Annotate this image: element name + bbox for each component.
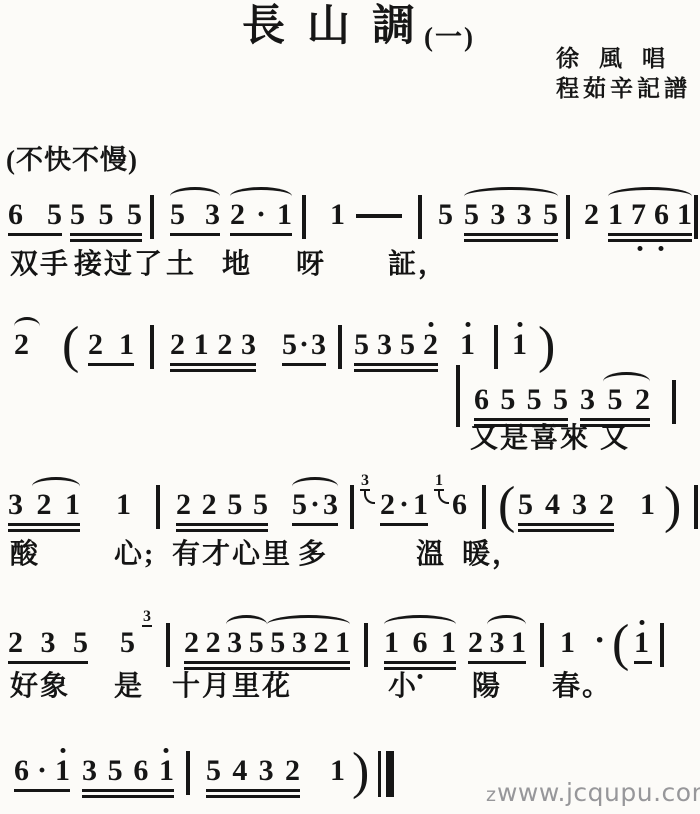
notes-row: 2·1 — [380, 490, 428, 520]
notes-row: 2 — [584, 200, 599, 230]
note: 3 — [241, 330, 256, 360]
lyric-segment: 土 — [166, 250, 196, 280]
notes-row: 22355321 — [184, 628, 350, 658]
notes-row: 1 — [330, 756, 345, 786]
sheet-music-page: 長山調 (一) 徐風唱 程茹辛記譜 (不快不慢) 65555532·115533… — [0, 0, 700, 814]
lyric-segment: 呀 — [296, 250, 326, 280]
notes-row: 5·3 — [282, 330, 326, 360]
note: 3 — [259, 756, 274, 786]
octave-dot-high — [465, 322, 470, 327]
note: 6 — [452, 490, 467, 520]
beam — [8, 529, 80, 532]
slur — [226, 615, 268, 626]
note: 5 — [282, 330, 297, 360]
note: · — [255, 200, 268, 230]
octave-dot-low — [418, 674, 423, 679]
note: 5 — [438, 200, 453, 230]
slur — [170, 187, 220, 198]
note: 2 — [584, 200, 599, 230]
note: 5 — [500, 385, 515, 415]
note: 3 — [572, 490, 587, 520]
notes-row: 5432 — [206, 756, 300, 786]
note-group: 1 — [116, 490, 131, 520]
note: 3 — [580, 385, 595, 415]
lyric-segment: 心; — [114, 540, 155, 570]
grace-note: 3 — [142, 608, 152, 627]
score-canvas: 65555532·115533521761双手接过了土地呀証，2(2121235… — [0, 0, 700, 814]
notes-row: 65 — [8, 200, 62, 230]
notes-row: 5·3 — [292, 490, 338, 520]
note-group: 1 — [512, 330, 527, 360]
note: 1 — [384, 628, 399, 658]
slur — [292, 477, 338, 488]
beam — [292, 523, 338, 526]
beam — [282, 363, 326, 366]
note: 1 — [413, 490, 428, 520]
grace-slur-hook — [438, 491, 449, 504]
beam — [384, 661, 456, 664]
note-group: 5335 — [464, 200, 558, 242]
notes-row: 6·1 — [14, 756, 70, 786]
note: 1 — [511, 628, 526, 658]
note-group: 2·1 — [380, 490, 428, 526]
note: 2 — [230, 200, 245, 230]
lyric-segment: 是 — [114, 672, 144, 702]
beam — [518, 529, 614, 532]
beam — [464, 233, 558, 236]
beam — [380, 523, 428, 526]
beam — [474, 418, 568, 421]
barline — [364, 623, 368, 667]
barline — [456, 365, 460, 427]
note: 1 — [330, 756, 345, 786]
note-group: 231 — [468, 628, 526, 664]
notes-row: 2·1 — [230, 200, 292, 230]
barline — [150, 325, 154, 369]
beam — [184, 667, 350, 670]
note: 1 — [194, 330, 209, 360]
lyric-segment: 又是喜來 — [470, 424, 590, 454]
phrase-paren: ( — [612, 618, 629, 670]
note-group: 53 — [170, 200, 220, 236]
note-group: 2·1 — [230, 200, 292, 236]
beam — [8, 661, 88, 664]
note-group: 2255 — [176, 490, 268, 532]
note: 5 — [292, 490, 307, 520]
note-group: 2 — [14, 330, 40, 360]
beam — [464, 239, 558, 242]
note-group: 1761 — [608, 200, 692, 242]
slur — [487, 615, 526, 626]
note: · — [398, 490, 411, 520]
note: 3 — [205, 200, 220, 230]
lyric-segment: 陽 — [472, 672, 502, 702]
note: 2 — [176, 490, 191, 520]
lyric-segment: 十月里 — [172, 672, 262, 702]
note: · — [298, 330, 311, 360]
lyric-segment: 好象 — [10, 672, 70, 702]
notes-row: 53 — [170, 200, 220, 230]
note-group: 5352 — [354, 330, 438, 372]
note: 2 — [170, 330, 185, 360]
note: 5 — [527, 385, 542, 415]
beam — [176, 529, 268, 532]
notes-row: 1761 — [608, 200, 692, 230]
notes-row: 5432 — [518, 490, 614, 520]
beam — [354, 363, 438, 366]
notes-row: 235 — [8, 628, 88, 658]
grace-note: 3 — [360, 472, 375, 504]
lyric-segment: 暖， — [462, 540, 522, 570]
note: 1 — [560, 628, 575, 658]
barline — [566, 195, 570, 239]
note: 6 — [14, 756, 29, 786]
note: 3 — [517, 200, 532, 230]
lyric-segment: 酸 — [10, 540, 40, 570]
note: 3 — [8, 490, 23, 520]
note-group: 5 — [120, 628, 135, 658]
watermark: z www.jcqupu.com — [486, 778, 700, 807]
beam — [8, 523, 80, 526]
note-group: 1 — [634, 628, 652, 664]
octave-dot-low — [637, 246, 642, 251]
beam — [608, 239, 692, 242]
note: 1 — [677, 200, 692, 230]
note-group: 1 — [560, 628, 575, 658]
phrase-paren: ) — [538, 320, 555, 372]
note: 5 — [70, 200, 85, 230]
note: 5 — [120, 628, 135, 658]
lyric-segment: 有才心里 — [172, 540, 292, 570]
note: 3 — [490, 200, 505, 230]
note: 2 — [184, 628, 199, 658]
beam — [70, 239, 142, 242]
barline — [166, 623, 170, 667]
note: · — [309, 490, 322, 520]
note: 1 — [608, 200, 623, 230]
note: 1 — [512, 330, 527, 360]
note: 5 — [518, 490, 533, 520]
beam — [634, 661, 652, 664]
note-group: 5·3 — [282, 330, 326, 366]
duration-dash — [356, 214, 402, 218]
note: 1 — [441, 628, 456, 658]
grace-note: 1 — [434, 472, 449, 504]
note: 2 — [285, 756, 300, 786]
note: 5 — [99, 200, 114, 230]
note: 5 — [227, 490, 242, 520]
octave-dot-low — [658, 246, 663, 251]
note: 2 — [313, 628, 328, 658]
note-group: 1 — [640, 490, 655, 520]
lyric-segment: 春。 — [552, 672, 612, 702]
note-group: 6 — [452, 490, 467, 520]
note: 2 — [217, 330, 232, 360]
note: 2 — [380, 490, 395, 520]
note: 5 — [400, 330, 415, 360]
note-group: 5 — [438, 200, 453, 230]
note: 3 — [227, 628, 242, 658]
beam — [384, 667, 456, 670]
phrase-paren: ( — [62, 320, 79, 372]
note: 3 — [377, 330, 392, 360]
slur — [230, 187, 292, 198]
octave-dot-high — [60, 748, 65, 753]
note-group: 5·3 — [292, 490, 338, 526]
note: 3 — [490, 628, 505, 658]
note: 1 — [116, 490, 131, 520]
note: 5 — [608, 385, 623, 415]
note: 1 — [335, 628, 350, 658]
note-group: 1 — [330, 756, 345, 786]
note: 7 — [631, 200, 646, 230]
beam — [608, 233, 692, 236]
notes-row: 3561 — [82, 756, 174, 786]
beam — [82, 789, 174, 792]
note-group: 6·1 — [14, 756, 70, 792]
beam — [580, 418, 650, 421]
beam — [230, 233, 292, 236]
beam — [170, 233, 220, 236]
notes-row: 352 — [580, 385, 650, 415]
notes-row: 1 — [512, 330, 527, 360]
note-group: 3561 — [82, 756, 174, 798]
notes-row: 1 — [560, 628, 575, 658]
note: 1 — [634, 628, 649, 658]
note: 1 — [460, 330, 475, 360]
note: 2 — [468, 628, 483, 658]
notes-row: 6 — [452, 490, 467, 520]
note: 6 — [413, 628, 428, 658]
note: 4 — [232, 756, 247, 786]
lyric-segment: 証， — [388, 250, 448, 280]
note: 3 — [292, 628, 307, 658]
notes-row: 2255 — [176, 490, 268, 520]
lyric-segment: 花 — [262, 672, 292, 702]
note: 1 — [640, 490, 655, 520]
barline — [660, 623, 664, 667]
barline — [150, 195, 154, 239]
notes-row: 1 — [460, 330, 475, 360]
barline — [350, 485, 354, 529]
note: 5 — [543, 200, 558, 230]
lyric-segment: 接过了 — [74, 250, 164, 280]
barline — [672, 380, 676, 424]
note: 5 — [354, 330, 369, 360]
phrase-paren: ) — [664, 480, 681, 532]
notes-row: 1 — [640, 490, 655, 520]
note-group: 2123 — [170, 330, 256, 372]
lyric-segment: 多 — [298, 540, 328, 570]
beam — [206, 789, 300, 792]
note-group: 161 — [384, 628, 456, 670]
note: 2 — [206, 628, 221, 658]
note: 1 — [159, 756, 174, 786]
note: 1 — [55, 756, 70, 786]
final-bar-thin — [378, 751, 381, 797]
note: 4 — [545, 490, 560, 520]
beam — [206, 795, 300, 798]
barline — [540, 623, 544, 667]
notes-row: 21 — [88, 330, 134, 360]
slur — [608, 187, 692, 198]
slur — [14, 317, 40, 328]
notes-row: 5 — [120, 628, 135, 658]
notes-row: 1 — [116, 490, 131, 520]
barline — [694, 195, 698, 239]
note: 5 — [270, 628, 285, 658]
notes-row: 6555 — [474, 385, 568, 415]
notes-row: 5 — [438, 200, 453, 230]
notes-row: 5352 — [354, 330, 438, 360]
notes-row: 231 — [468, 628, 526, 658]
barline — [302, 195, 306, 239]
grace-number: 3 — [142, 608, 152, 627]
note-group: 65 — [8, 200, 62, 236]
phrase-paren: ( — [498, 480, 515, 532]
beam — [176, 523, 268, 526]
grace-number: 1 — [434, 472, 444, 491]
note-group: 5432 — [206, 756, 300, 798]
beam — [518, 523, 614, 526]
note-group: 1 — [460, 330, 475, 360]
lyric-segment: 小 — [388, 672, 418, 702]
grace-slur-hook — [364, 491, 375, 504]
note: 3 — [323, 490, 338, 520]
watermark-url: www.jcqupu.com — [497, 778, 700, 807]
note: 5 — [170, 200, 185, 230]
note: 5 — [553, 385, 568, 415]
note: 2 — [635, 385, 650, 415]
note: 5 — [47, 200, 62, 230]
beam — [8, 233, 62, 236]
note-group: 22355321 — [184, 628, 350, 670]
note: 5 — [253, 490, 268, 520]
barline — [156, 485, 160, 529]
beam — [70, 233, 142, 236]
barline — [418, 195, 422, 239]
note-group: 21 — [88, 330, 134, 366]
note: 5 — [108, 756, 123, 786]
note-group: 321 — [8, 490, 80, 532]
lyric-segment: 地 — [222, 250, 252, 280]
note: 3 — [82, 756, 97, 786]
octave-dot-high — [517, 322, 522, 327]
notes-row: 2123 — [170, 330, 256, 360]
lyric-segment: 溫 — [416, 540, 446, 570]
note: 2 — [37, 490, 52, 520]
beam — [14, 789, 70, 792]
note: 2 — [14, 330, 29, 360]
note: 2 — [423, 330, 438, 360]
beam — [354, 369, 438, 372]
lyric-segment: 双手 — [10, 250, 70, 280]
note-group: 555 — [70, 200, 142, 242]
barline — [186, 751, 190, 795]
notes-row: 555 — [70, 200, 142, 230]
note: 5 — [206, 756, 221, 786]
note-group: 1 — [330, 200, 345, 230]
note: 6 — [8, 200, 23, 230]
note-group: 2 — [584, 200, 599, 230]
dot-after-note: · — [594, 626, 605, 656]
note: 5 — [73, 628, 88, 658]
final-bar-thick — [386, 751, 394, 797]
notes-row: 321 — [8, 490, 80, 520]
notes-row: 1 — [330, 200, 345, 230]
note-group: 235 — [8, 628, 88, 664]
note: 2 — [599, 490, 614, 520]
beam — [468, 661, 526, 664]
note: 5 — [127, 200, 142, 230]
note-group: 352 — [580, 385, 650, 427]
note: · — [36, 756, 49, 786]
note: 3 — [311, 330, 326, 360]
note: 2 — [88, 330, 103, 360]
barline — [494, 325, 498, 369]
slur — [603, 372, 650, 383]
octave-dot-high — [428, 322, 433, 327]
phrase-paren: ) — [352, 746, 369, 798]
slur — [384, 615, 456, 626]
watermark-logo: z — [486, 784, 496, 806]
notes-row: 161 — [384, 628, 456, 658]
beam — [88, 363, 134, 366]
barline — [482, 485, 486, 529]
slur — [32, 477, 80, 488]
beam — [170, 363, 256, 366]
beam — [170, 369, 256, 372]
note: 6 — [654, 200, 669, 230]
note: 1 — [277, 200, 292, 230]
notes-row: 5335 — [464, 200, 558, 230]
note-group: 5432 — [518, 490, 614, 532]
slur — [267, 615, 350, 626]
beam — [184, 661, 350, 664]
notes-row: 1 — [634, 628, 652, 658]
final-barline — [378, 751, 394, 797]
note: 3 — [41, 628, 56, 658]
notes-row: 2 — [14, 330, 40, 360]
slur — [464, 187, 558, 198]
grace-number: 3 — [360, 472, 370, 491]
beam — [82, 795, 174, 798]
note: 2 — [202, 490, 217, 520]
note: 1 — [119, 330, 134, 360]
note: 5 — [249, 628, 264, 658]
note: 2 — [8, 628, 23, 658]
octave-dot-high — [639, 620, 644, 625]
note: 1 — [65, 490, 80, 520]
barline — [694, 485, 698, 529]
barline — [338, 325, 342, 369]
note: 6 — [133, 756, 148, 786]
lyric-segment: 又 — [600, 424, 630, 454]
note: 6 — [474, 385, 489, 415]
octave-dot-high — [164, 748, 169, 753]
note-group: 6555 — [474, 385, 568, 427]
note: 5 — [464, 200, 479, 230]
note: 1 — [330, 200, 345, 230]
